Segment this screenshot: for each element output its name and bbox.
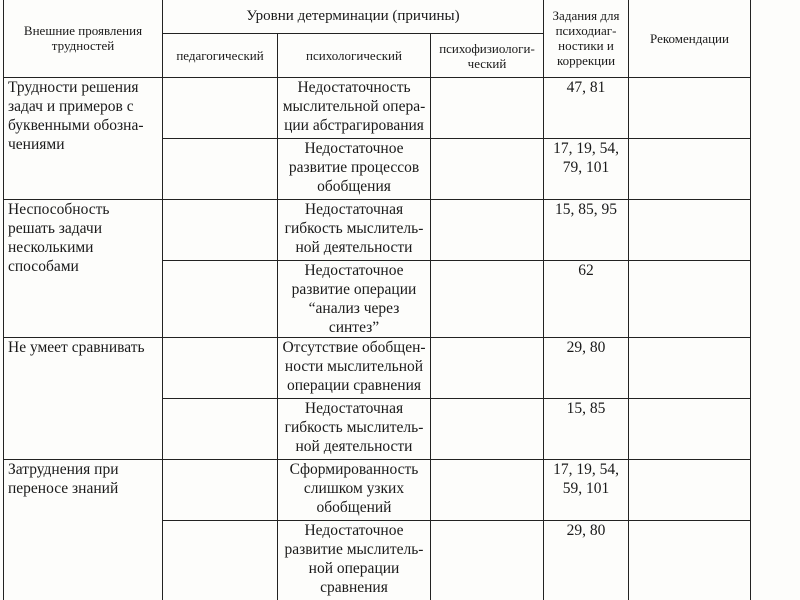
tasks-cell: 29, 80 — [544, 521, 629, 600]
psychophysiological-cell — [431, 200, 544, 261]
recommendations-cell — [629, 78, 751, 139]
pedagogical-cell — [163, 338, 278, 399]
difficulty-cell: Не умеет сравнивать — [4, 338, 163, 460]
recommendations-cell — [629, 261, 751, 338]
psychophysiological-cell — [431, 139, 544, 200]
table-row: Трудности решения задач и примеров с бук… — [4, 78, 751, 139]
psychological-cell: Недостаточное развитие мыслитель-ной опе… — [278, 521, 431, 600]
tasks-cell: 47, 81 — [544, 78, 629, 139]
tasks-cell: 17, 19, 54, 79, 101 — [544, 139, 629, 200]
psychological-cell: Отсутствие обобщен-ности мыслительной оп… — [278, 338, 431, 399]
psychological-cell: Недостаточная гибкость мыслитель-ной дея… — [278, 399, 431, 460]
header-pedagogical: педагогический — [163, 34, 278, 78]
difficulty-cell: Затруднения при переносе знаний — [4, 460, 163, 600]
header-psychophysiological: психофизиологи-ческий — [431, 34, 544, 78]
pedagogical-cell — [163, 261, 278, 338]
pedagogical-cell — [163, 399, 278, 460]
recommendations-cell — [629, 338, 751, 399]
header-psychological: психологический — [278, 34, 431, 78]
psychophysiological-cell — [431, 338, 544, 399]
psychophysiological-cell — [431, 261, 544, 338]
header-recommendations: Рекомендации — [629, 0, 751, 78]
recommendations-cell — [629, 139, 751, 200]
recommendations-cell — [629, 521, 751, 600]
header-tasks: Задания для психодиаг-ностики и коррекци… — [544, 0, 629, 78]
psychophysiological-cell — [431, 460, 544, 521]
pedagogical-cell — [163, 200, 278, 261]
table-body: Трудности решения задач и примеров с бук… — [4, 78, 751, 600]
psychological-cell: Недостаточное развитие операции “анализ … — [278, 261, 431, 338]
header-levels-group: Уровни детерминации (причины) — [163, 0, 544, 34]
psychophysiological-cell — [431, 521, 544, 600]
tasks-cell: 17, 19, 54, 59, 101 — [544, 460, 629, 521]
difficulties-table: Внешние проявления трудностей Уровни дет… — [3, 0, 751, 600]
psychophysiological-cell — [431, 399, 544, 460]
psychological-cell: Недостаточность мыслительной опера-ции а… — [278, 78, 431, 139]
pedagogical-cell — [163, 139, 278, 200]
psychological-cell: Недостаточное развитие процессов обобщен… — [278, 139, 431, 200]
tasks-cell: 15, 85, 95 — [544, 200, 629, 261]
psychological-cell: Недостаточная гибкость мыслитель-ной дея… — [278, 200, 431, 261]
pedagogical-cell — [163, 521, 278, 600]
tasks-cell: 29, 80 — [544, 338, 629, 399]
recommendations-cell — [629, 200, 751, 261]
psychophysiological-cell — [431, 78, 544, 139]
table-row: Неспособность решать задачи несколькими … — [4, 200, 751, 261]
header-difficulty: Внешние проявления трудностей — [4, 0, 163, 78]
difficulty-cell: Неспособность решать задачи несколькими … — [4, 200, 163, 338]
recommendations-cell — [629, 460, 751, 521]
table-row: Не умеет сравниватьОтсутствие обобщен-но… — [4, 338, 751, 399]
difficulty-cell: Трудности решения задач и примеров с бук… — [4, 78, 163, 200]
pedagogical-cell — [163, 78, 278, 139]
recommendations-cell — [629, 399, 751, 460]
tasks-cell: 15, 85 — [544, 399, 629, 460]
table-row: Затруднения при переносе знанийСформиров… — [4, 460, 751, 521]
tasks-cell: 62 — [544, 261, 629, 338]
psychological-cell: Сформированность слишком узких обобщений — [278, 460, 431, 521]
pedagogical-cell — [163, 460, 278, 521]
